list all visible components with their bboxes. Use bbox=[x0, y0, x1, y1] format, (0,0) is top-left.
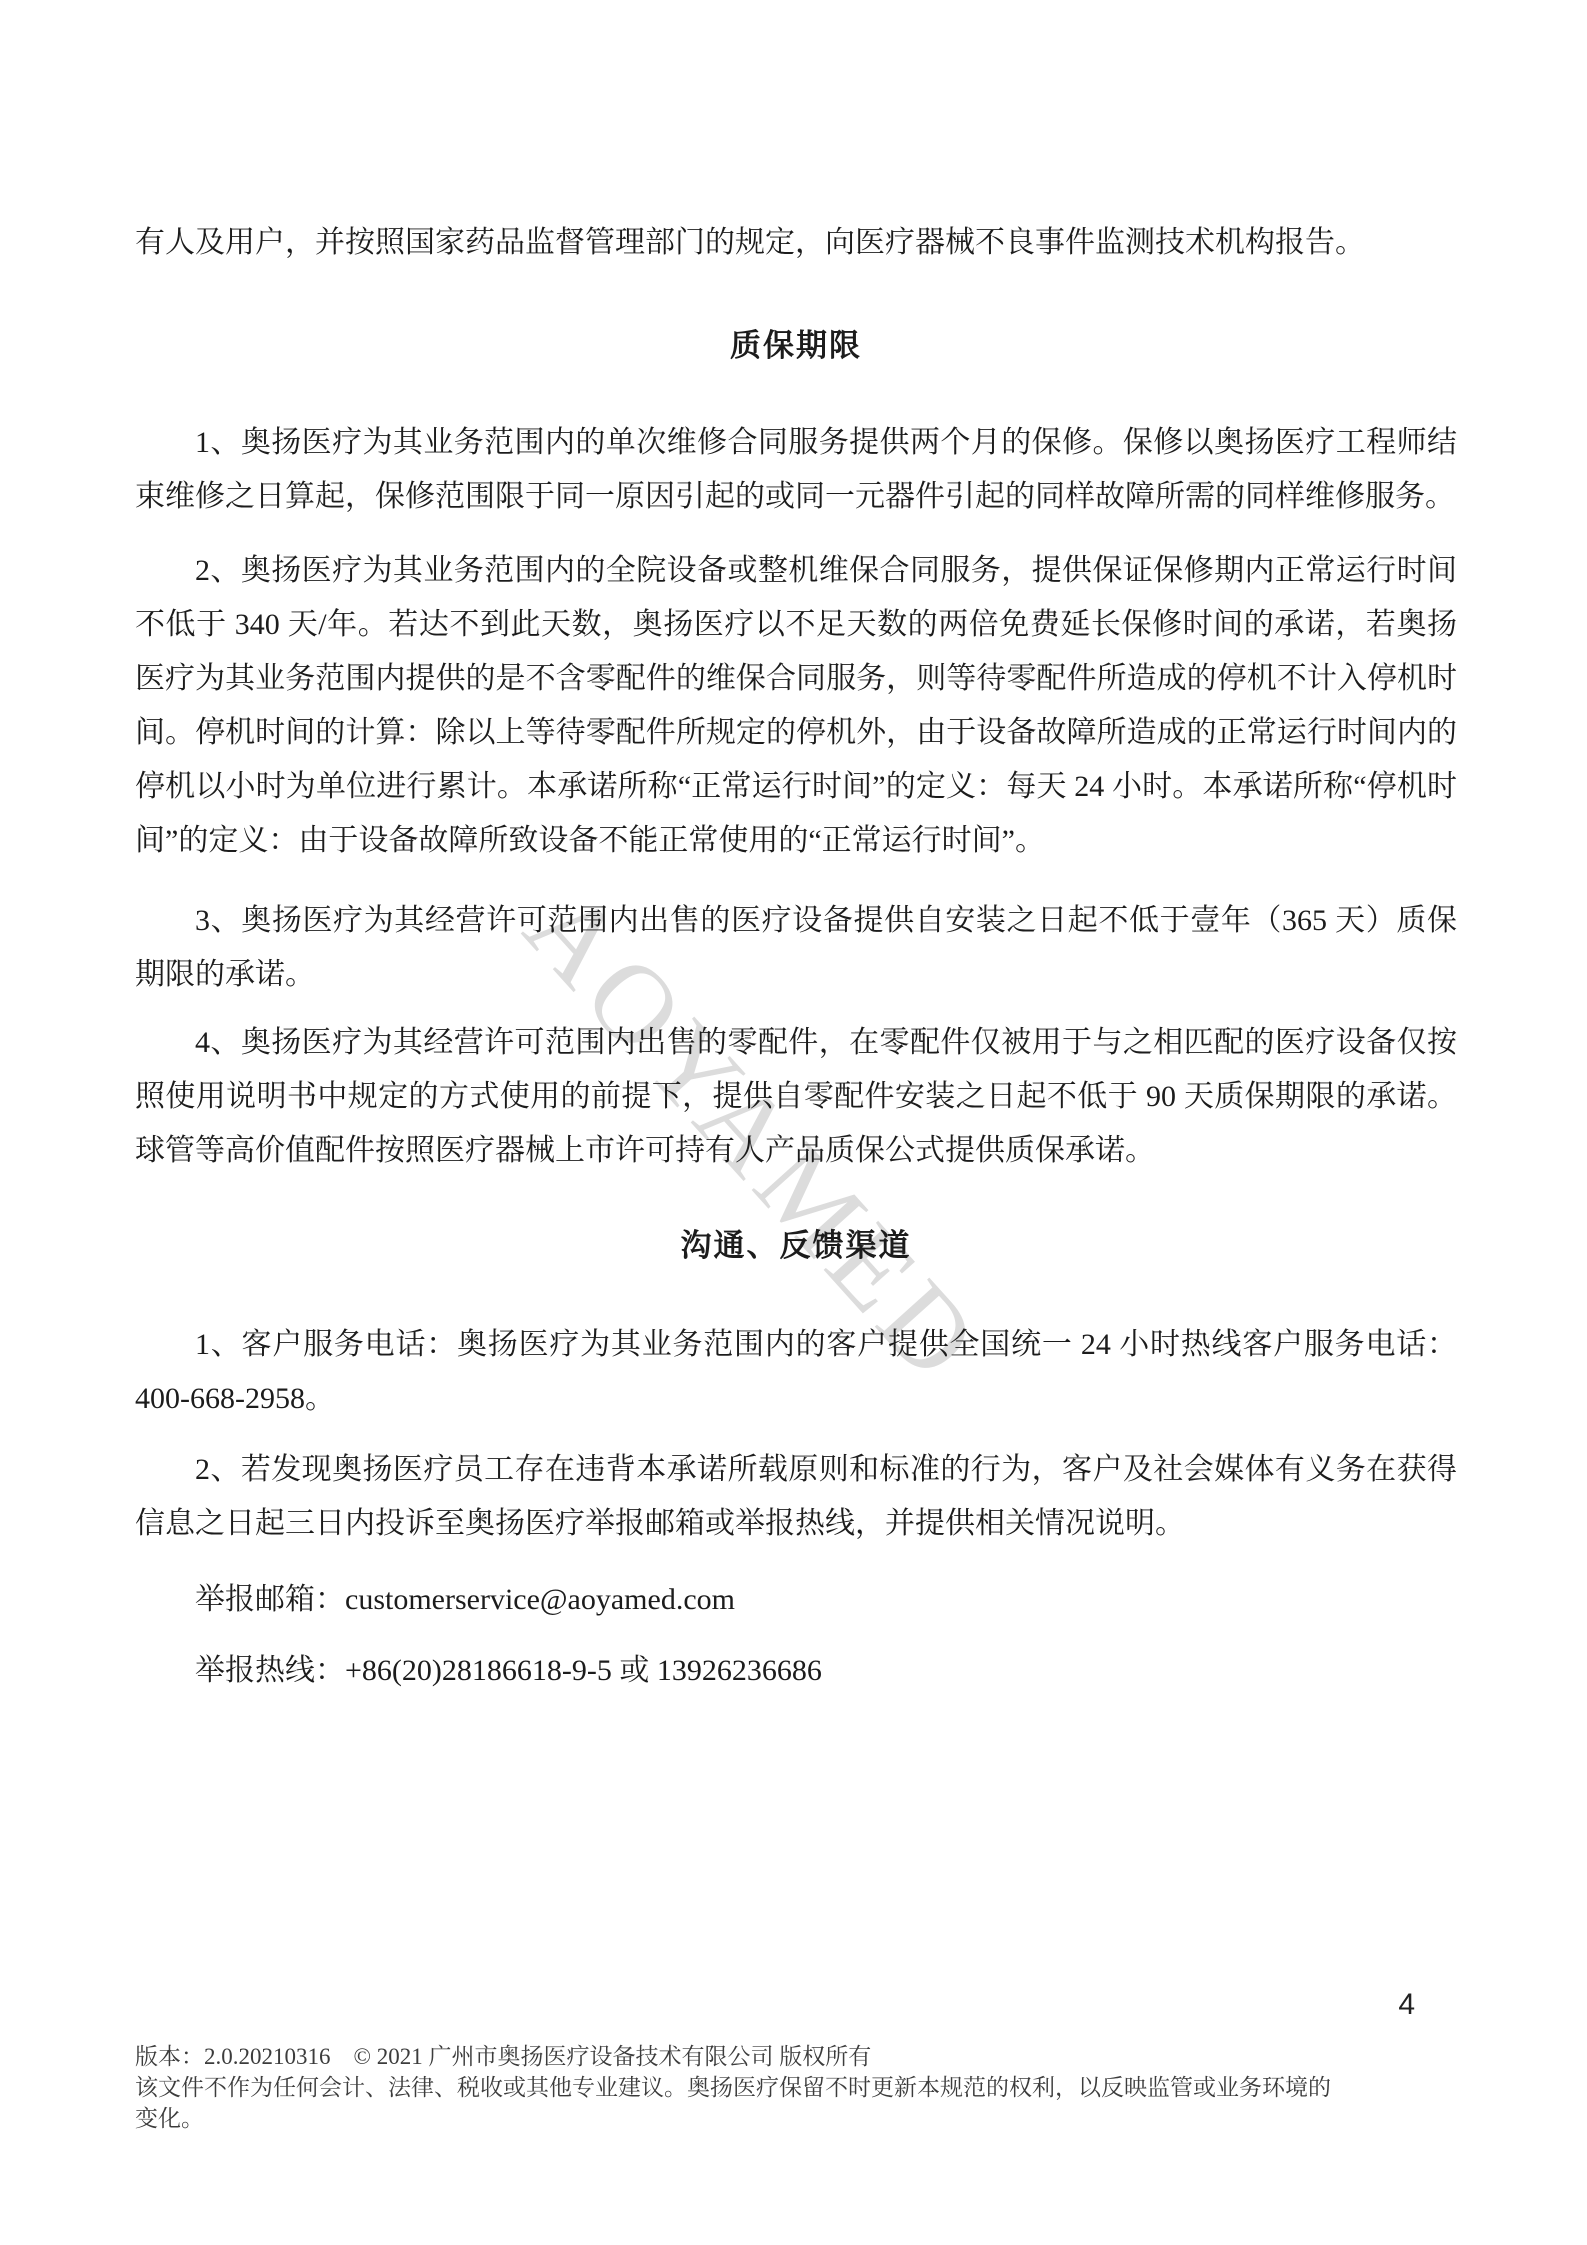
paragraph-complaint-obligation: 2、若发现奥扬医疗员工存在违背本承诺所载原则和标准的行为，客户及社会媒体有义务在… bbox=[135, 1443, 1457, 1551]
paragraph-spare-parts-warranty: 4、奥扬医疗为其经营许可范围内出售的零配件，在零配件仅被用于与之相匹配的医疗设备… bbox=[135, 1016, 1457, 1178]
paragraph-maintenance-contract: 2、奥扬医疗为其业务范围内的全院设备或整机维保合同服务，提供保证保修期内正常运行… bbox=[135, 544, 1457, 868]
document-page: AOYAMED 有人及用户，并按照国家药品监督管理部门的规定，向医疗器械不良事件… bbox=[0, 0, 1587, 2245]
paragraph-repair-warranty: 1、奥扬医疗为其业务范围内的单次维修合同服务提供两个月的保修。保修以奥扬医疗工程… bbox=[135, 416, 1457, 524]
document-content: 有人及用户，并按照国家药品监督管理部门的规定，向医疗器械不良事件监测技术机构报告… bbox=[135, 216, 1457, 1698]
report-email-line: 举报邮箱：customerservice@aoyamed.com bbox=[135, 1573, 1457, 1627]
footer: 版本：2.0.20210316 © 2021 广州市奥扬医疗设备技术有限公司 版… bbox=[135, 2041, 1515, 2134]
footer-disclaimer-line-2: 变化。 bbox=[135, 2103, 1515, 2134]
footer-version-copyright: 版本：2.0.20210316 © 2021 广州市奥扬医疗设备技术有限公司 版… bbox=[135, 2041, 1515, 2072]
intro-paragraph: 有人及用户，并按照国家药品监督管理部门的规定，向医疗器械不良事件监测技术机构报告… bbox=[135, 216, 1457, 270]
paragraph-service-hotline: 1、客户服务电话：奥扬医疗为其业务范围内的客户提供全国统一 24 小时热线客户服… bbox=[135, 1318, 1457, 1426]
report-hotline-line: 举报热线：+86(20)28186618-9-5 或 13926236686 bbox=[135, 1644, 1457, 1698]
page-number: 4 bbox=[1398, 1988, 1415, 2022]
footer-disclaimer-line-1: 该文件不作为任何会计、法律、税收或其他专业建议。奥扬医疗保留不时更新本规范的权利… bbox=[135, 2072, 1515, 2103]
paragraph-device-warranty: 3、奥扬医疗为其经营许可范围内出售的医疗设备提供自安装之日起不低于壹年（365 … bbox=[135, 894, 1457, 1002]
section-heading-warranty-period: 质保期限 bbox=[135, 319, 1457, 373]
section-heading-feedback-channels: 沟通、反馈渠道 bbox=[135, 1219, 1457, 1273]
